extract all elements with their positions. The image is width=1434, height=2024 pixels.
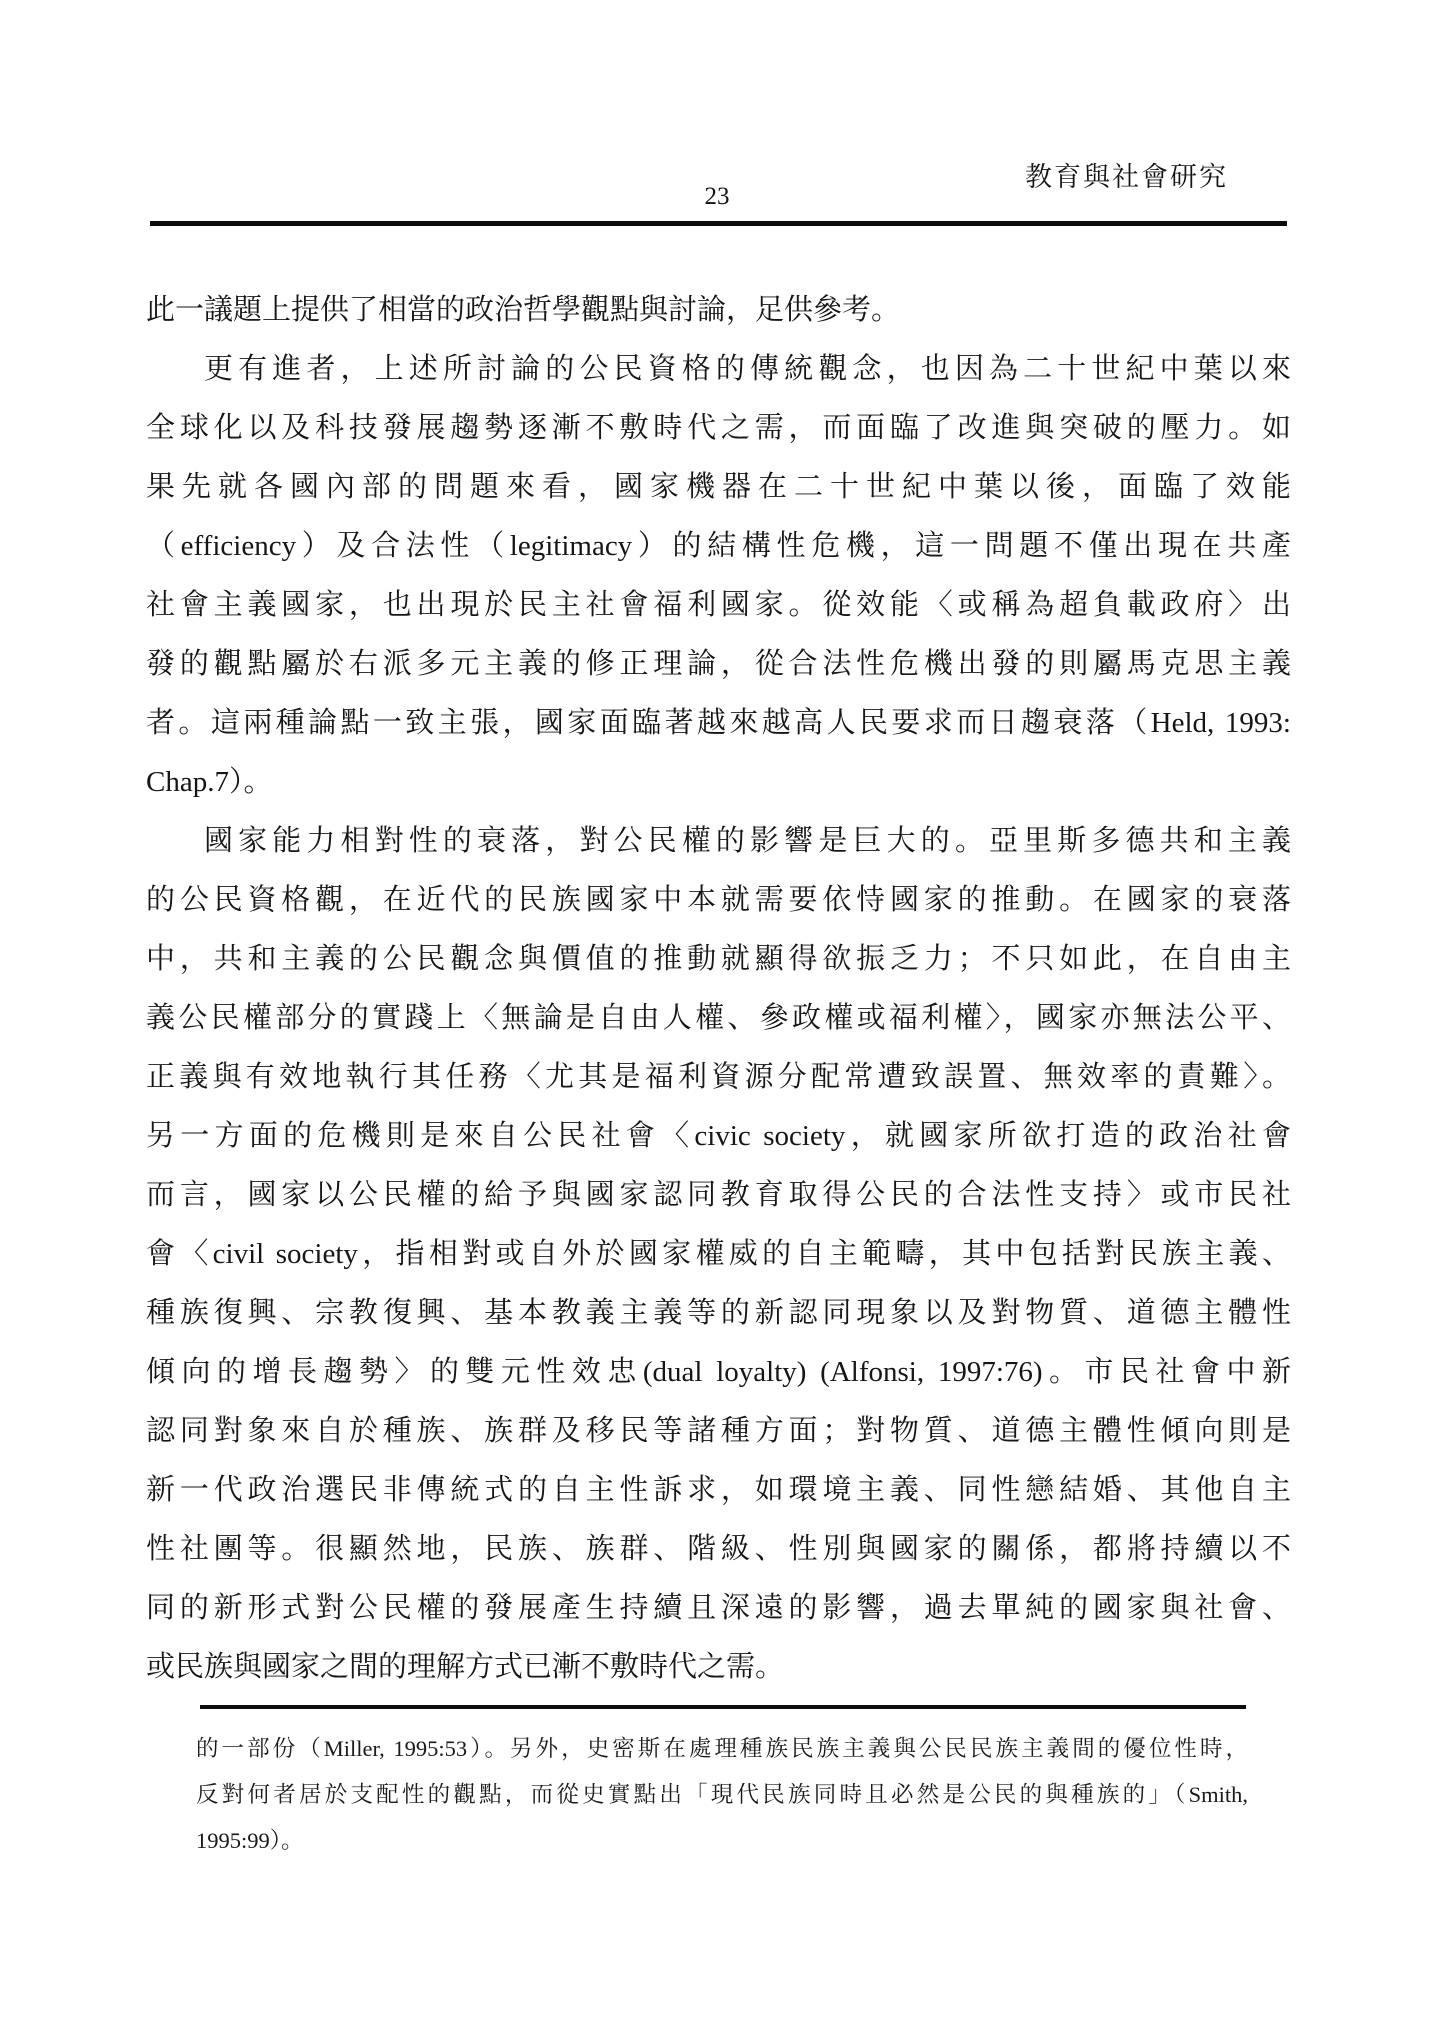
- page-number: 23: [0, 183, 1434, 211]
- body-line: 中，共和主義的公民觀念與價值的推動就顯得欲振乏力；不只如此，在自由主: [146, 930, 1291, 989]
- body-line: 會〈civil society，指相對或自外於國家權威的自主範疇，其中包括對民族…: [146, 1225, 1291, 1284]
- body-line: 全球化以及科技發展趨勢逐漸不敷時代之需，而面臨了改進與突破的壓力。如: [146, 399, 1291, 458]
- body-line: 新一代政治選民非傳統式的自主性訴求，如環境主義、同性戀結婚、其他自主: [146, 1461, 1291, 1520]
- body-line: 同的新形式對公民權的發展產生持續且深遠的影響，過去單純的國家與社會、: [146, 1579, 1291, 1638]
- footnote-separator-rule: [200, 1705, 1246, 1709]
- body-line: 更有進者，上述所討論的公民資格的傳統觀念，也因為二十世紀中葉以來: [146, 340, 1291, 399]
- body-line: Chap.7）。: [146, 753, 1291, 812]
- body-line: 而言，國家以公民權的給予與國家認同教育取得公民的合法性支持〉或市民社: [146, 1166, 1291, 1225]
- footnote-line: 的一部份（Miller, 1995:53）。另外，史密斯在處理種族民族主義與公民…: [196, 1726, 1248, 1772]
- footnote-line: 反對何者居於支配性的觀點，而從史實點出「現代民族同時且必然是公民的與種族的」（S…: [196, 1772, 1248, 1818]
- body-line: 認同對象來自於種族、族群及移民等諸種方面；對物質、道德主體性傾向則是: [146, 1402, 1291, 1461]
- body-line: 或民族與國家之間的理解方式已漸不敷時代之需。: [146, 1638, 1291, 1697]
- body-line: 性社團等。很顯然地，民族、族群、階級、性別與國家的關係，都將持續以不: [146, 1520, 1291, 1579]
- body-line: 果先就各國內部的問題來看，國家機器在二十世紀中葉以後，面臨了效能: [146, 458, 1291, 517]
- footnote-line: 1995:99）。: [196, 1818, 1248, 1864]
- body-text: 此一議題上提供了相當的政治哲學觀點與討論，足供參考。 更有進者，上述所討論的公民…: [146, 281, 1291, 1697]
- body-line: 種族復興、宗教復興、基本教義主義等的新認同現象以及對物質、道德主體性: [146, 1284, 1291, 1343]
- body-line: 正義與有效地執行其任務〈尤其是福利資源分配常遭致誤置、無效率的責難〉。: [146, 1048, 1291, 1107]
- body-line: 國家能力相對性的衰落，對公民權的影響是巨大的。亞里斯多德共和主義: [146, 812, 1291, 871]
- body-line: 義公民權部分的實踐上〈無論是自由人權、參政權或福利權〉，國家亦無法公平、: [146, 989, 1291, 1048]
- body-line: 的公民資格觀，在近代的民族國家中本就需要依恃國家的推動。在國家的衰落: [146, 871, 1291, 930]
- body-line: 此一議題上提供了相當的政治哲學觀點與討論，足供參考。: [146, 281, 1291, 340]
- body-line: 另一方面的危機則是來自公民社會〈civic society，就國家所欲打造的政治…: [146, 1107, 1291, 1166]
- body-line: （efficiency）及合法性（legitimacy）的結構性危機，這一問題不…: [146, 517, 1291, 576]
- body-line: 傾向的增長趨勢〉的雙元性效忠(dual loyalty) (Alfonsi, 1…: [146, 1343, 1291, 1402]
- header-rule: [150, 221, 1287, 226]
- footnote-block: 的一部份（Miller, 1995:53）。另外，史密斯在處理種族民族主義與公民…: [196, 1726, 1248, 1864]
- body-line: 者。這兩種論點一致主張，國家面臨著越來越高人民要求而日趨衰落（Held, 199…: [146, 694, 1291, 753]
- body-line: 發的觀點屬於右派多元主義的修正理論，從合法性危機出發的則屬馬克思主義: [146, 635, 1291, 694]
- body-line: 社會主義國家，也出現於民主社會福利國家。從效能〈或稱為超負載政府〉出: [146, 576, 1291, 635]
- document-page: 教育與社會研究 23 此一議題上提供了相當的政治哲學觀點與討論，足供參考。 更有…: [0, 0, 1434, 2024]
